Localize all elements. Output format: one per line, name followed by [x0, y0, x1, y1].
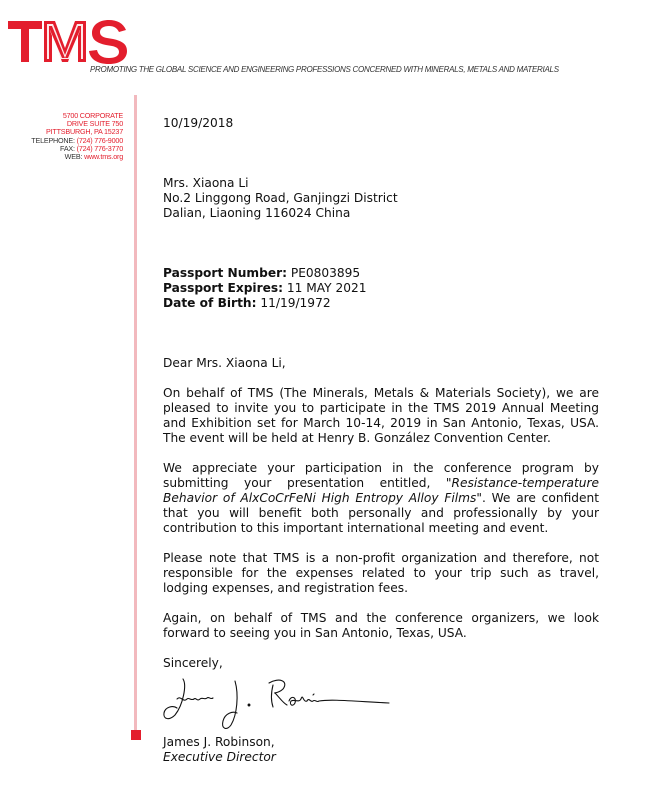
salutation: Dear Mrs. Xiaona Li,: [163, 356, 599, 371]
passport-expires: 11 MAY 2021: [283, 281, 367, 295]
divider-end-marker: [131, 730, 141, 740]
passport-number-line: Passport Number: PE0803895: [163, 266, 599, 281]
tms-logo: [8, 18, 128, 68]
recipient-block: Mrs. Xiaona Li No.2 Linggong Road, Ganji…: [163, 176, 599, 221]
recipient-address1: No.2 Linggong Road, Ganjingzi District: [163, 191, 599, 206]
signature-icon: [161, 675, 391, 733]
signer-name: James J. Robinson,: [163, 735, 599, 750]
dob-line: Date of Birth: 11/19/1972: [163, 296, 599, 311]
recipient-name: Mrs. Xiaona Li: [163, 176, 599, 191]
margin-divider: [134, 95, 137, 733]
passport-number: PE0803895: [287, 266, 360, 280]
letter-body: 10/19/2018 Mrs. Xiaona Li No.2 Linggong …: [163, 116, 599, 765]
passport-expires-line: Passport Expires: 11 MAY 2021: [163, 281, 599, 296]
paragraph-presentation: We appreciate your participation in the …: [163, 461, 599, 536]
paragraph-invitation: On behalf of TMS (The Minerals, Metals &…: [163, 386, 599, 446]
signature-image: [161, 675, 599, 733]
identification-block: Passport Number: PE0803895 Passport Expi…: [163, 266, 599, 311]
signer-title: Executive Director: [163, 750, 599, 765]
closing: Sincerely,: [163, 656, 599, 671]
address-block: 5700 CORPORATE DRIVE SUITE 750 PITTSBURG…: [31, 112, 123, 161]
web-link[interactable]: www.tms.org: [84, 152, 123, 161]
letter-date: 10/19/2018: [163, 116, 599, 131]
tagline: PROMOTING THE GLOBAL SCIENCE AND ENGINEE…: [90, 64, 559, 74]
paragraph-closing: Again, on behalf of TMS and the conferen…: [163, 611, 599, 641]
tms-logo-icon: [8, 18, 130, 68]
paragraph-expenses: Please note that TMS is a non-profit org…: [163, 551, 599, 596]
recipient-address2: Dalian, Liaoning 116024 China: [163, 206, 599, 221]
web-line: WEB: www.tms.org: [31, 153, 123, 161]
date-of-birth: 11/19/1972: [256, 296, 330, 310]
